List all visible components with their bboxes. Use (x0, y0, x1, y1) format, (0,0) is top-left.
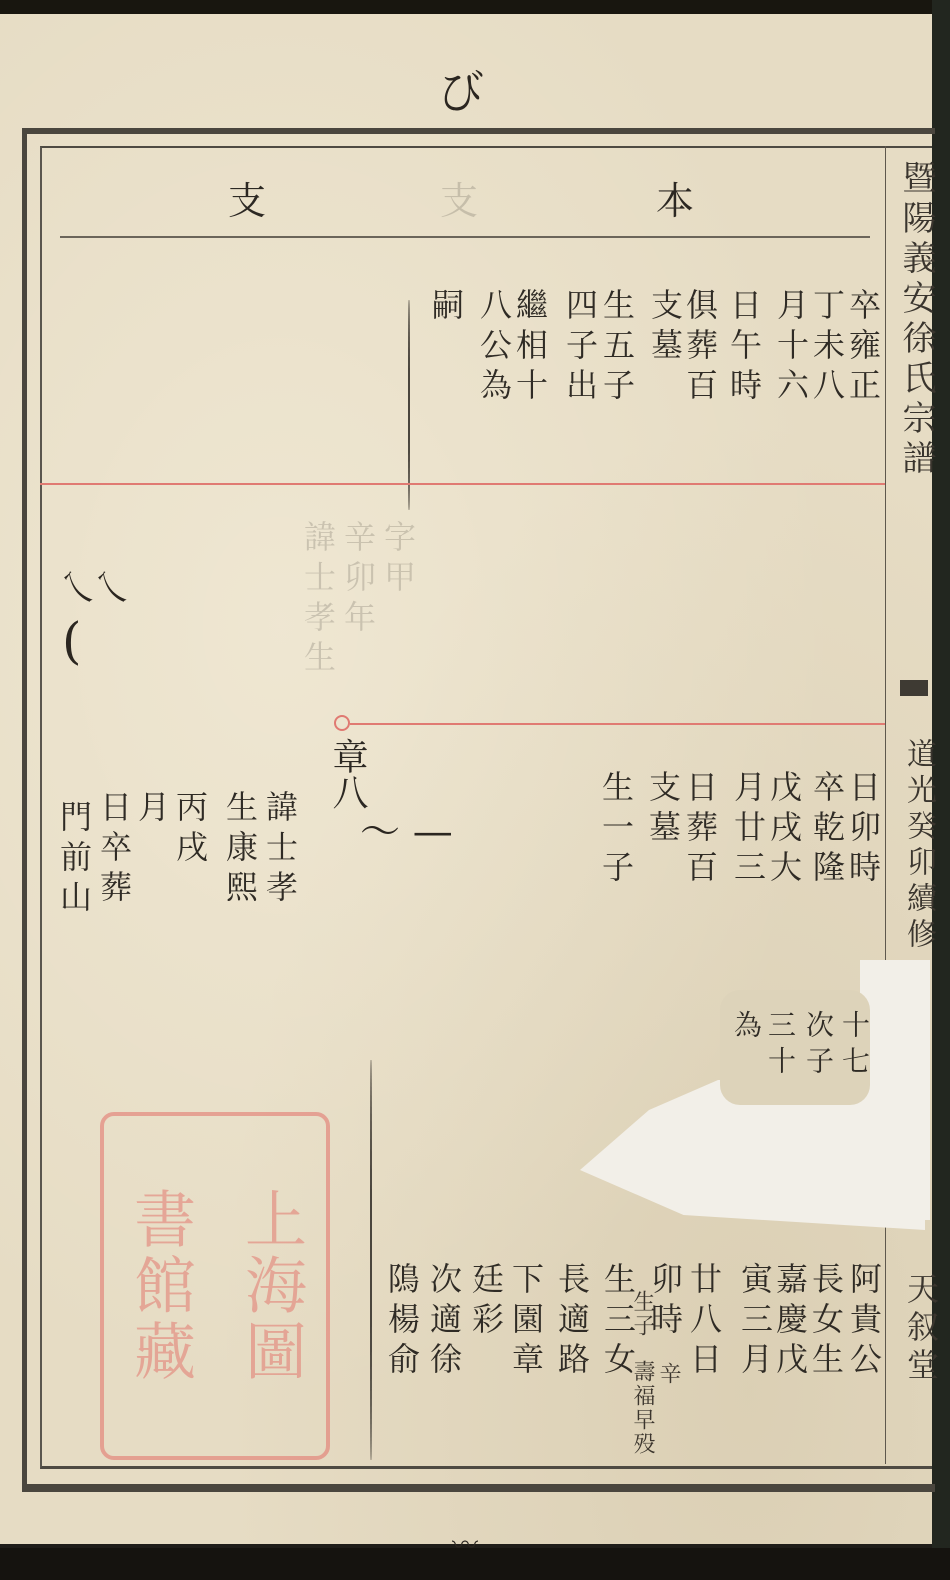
header-left-label: 支 (228, 170, 266, 225)
text-column: 嘉慶戊 (772, 1262, 808, 1382)
red-divider (40, 483, 885, 485)
text-column: 戊戌大 (766, 770, 802, 890)
torn-text-column: 次子 (800, 1010, 836, 1082)
red-rule-knob (334, 715, 350, 731)
handwritten-scribble: 乀乀 (60, 560, 128, 609)
bleed-through-text: 辛卯年 (340, 520, 376, 640)
torn-text-column: 為 (728, 1010, 764, 1046)
margin-hall-name: 天叙堂 (898, 1272, 944, 1452)
text-column: 生康熙 (222, 790, 258, 910)
text-column: 丁未八 (809, 288, 845, 408)
text-column: 支墓 (647, 288, 683, 368)
bottom-ink-smudge: 〰 (452, 1525, 478, 1562)
text-column: 支墓 (645, 770, 681, 850)
text-column: 丙戌 (172, 790, 208, 870)
torn-text-column: 十七 (836, 1010, 872, 1082)
text-column: 四子出 (562, 288, 598, 408)
handwritten-scribble: 〜 — (360, 800, 453, 857)
text-column: 諱士孝 (262, 790, 298, 910)
text-column: 日午時 (726, 288, 762, 408)
text-column: 寅三月 (737, 1262, 773, 1382)
text-column: 長女生 (808, 1262, 844, 1382)
text-column: 生五子 (599, 288, 635, 408)
text-column: 廷彩 (468, 1262, 504, 1342)
margin-juan-block (900, 680, 928, 696)
text-column: 阿貴公 (846, 1262, 882, 1382)
header-rule (60, 236, 870, 238)
red-divider (350, 723, 885, 725)
text-column: 日卒葬 (96, 790, 132, 910)
text-column: 廿八日 (686, 1262, 722, 1382)
text-column: 門前山 (56, 800, 92, 920)
text-column: 長適路 (554, 1262, 590, 1382)
header-bleed-through: 支 (440, 170, 478, 225)
text-column: 次適徐 (426, 1262, 462, 1382)
torn-text-column: 三十 (762, 1010, 798, 1082)
text-column: 俱葬百 (682, 288, 718, 408)
text-column: 生一子 (598, 770, 634, 890)
handwritten-annotation: 生子 (624, 1290, 660, 1338)
text-column: 嗣 (428, 288, 464, 328)
text-column: 日葬百 (682, 770, 718, 890)
text-column: 繼相十 (512, 288, 548, 408)
pen-stroke (408, 300, 410, 510)
text-column: 隝楊俞 (384, 1262, 420, 1382)
bleed-through-text: 字甲 (380, 520, 416, 600)
text-column: 月十六 (773, 288, 809, 408)
text-column: 下園章 (508, 1262, 544, 1382)
text-column: 日卯時 (845, 770, 881, 890)
seal-text-column: 書館藏 (115, 1187, 205, 1385)
handwritten-scribble: ( (62, 612, 82, 670)
library-seal: 上海圖 書館藏 (100, 1112, 330, 1460)
text-column: 月 (134, 790, 170, 830)
bleed-through-text: 諱士孝生 (300, 520, 336, 680)
header-right-label: 本 (656, 170, 694, 225)
margin-rule (885, 146, 886, 1464)
torn-paper-area (860, 960, 930, 1220)
pen-stroke (370, 1060, 372, 1460)
text-column: 八公為 (476, 288, 512, 408)
handwritten-annotation: 壽福早殁 (624, 1360, 660, 1456)
text-column: 卒乾隆 (809, 770, 845, 890)
margin-title: 暨陽義安徐氏宗譜 (892, 160, 941, 700)
top-handwritten-mark: び (438, 56, 484, 122)
margin-subtitle: 道光癸卯續修 (896, 738, 940, 998)
seal-text-column: 上海圖 (226, 1187, 316, 1385)
text-column: 卒雍正 (845, 288, 881, 408)
text-column: 月廿三 (730, 770, 766, 890)
